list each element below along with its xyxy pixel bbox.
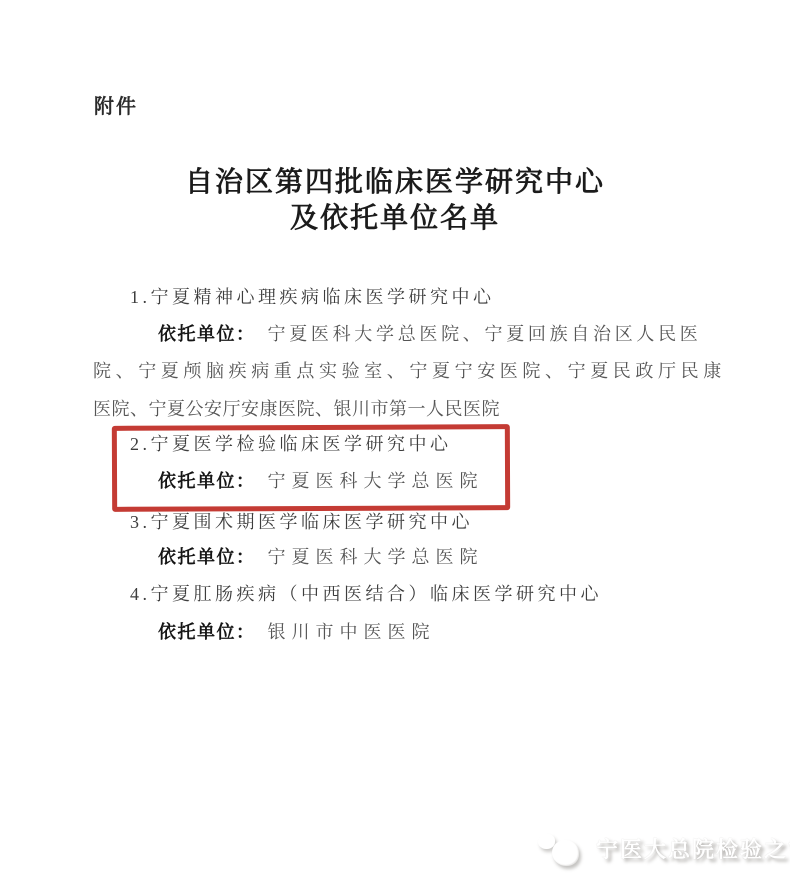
support-unit-label: 依托单位： <box>158 471 256 491</box>
center-item-3-name: 3.宁夏围术期医学临床医学研究中心 <box>130 507 473 537</box>
watermark: 宁医大总院检验之窗 <box>538 834 790 868</box>
support-unit-value: 宁夏医科大学总医院、宁夏回族自治区人民医 <box>268 324 702 344</box>
document-page: 附件 自治区第四批临床医学研究中心 及依托单位名单 1.宁夏精神心理疾病临床医学… <box>0 0 790 884</box>
center-item-1-name: 1.宁夏精神心理疾病临床医学研究中心 <box>130 282 495 312</box>
support-unit-value: 宁夏医科大学总医院 <box>268 547 484 567</box>
support-unit-row-1: 依托单位：宁夏医科大学总医院、宁夏回族自治区人民医 <box>158 319 702 351</box>
support-unit-label: 依托单位： <box>158 622 256 642</box>
support-unit-wrap-line-2: 院、宁夏颅脑疾病重点实验室、宁夏宁安医院、宁夏民政厅民康 <box>93 356 726 386</box>
document-title-line-2: 及依托单位名单 <box>0 201 790 237</box>
support-unit-wrap-line-3: 医院、宁夏公安厅安康医院、银川市第一人民医院 <box>93 394 500 424</box>
center-item-4-name: 4.宁夏肛肠疾病（中西医结合）临床医学研究中心 <box>130 579 602 609</box>
support-unit-row-4: 依托单位：银川市中医医院 <box>158 617 436 649</box>
support-unit-row-3: 依托单位：宁夏医科大学总医院 <box>158 542 484 574</box>
attachment-label: 附件 <box>94 93 138 119</box>
watermark-text: 宁医大总院检验之窗 <box>596 836 790 866</box>
center-item-2-name: 2.宁夏医学检验临床医学研究中心 <box>130 429 452 459</box>
support-unit-row-2: 依托单位：宁夏医科大学总医院 <box>158 466 484 498</box>
support-unit-label: 依托单位： <box>158 547 256 567</box>
support-unit-label: 依托单位： <box>158 324 256 344</box>
support-unit-value: 银川市中医医院 <box>268 622 436 642</box>
support-unit-value: 宁夏医科大学总医院 <box>268 471 484 491</box>
mascot-logo-icon <box>538 834 584 868</box>
document-title-line-1: 自治区第四批临床医学研究中心 <box>0 165 790 201</box>
